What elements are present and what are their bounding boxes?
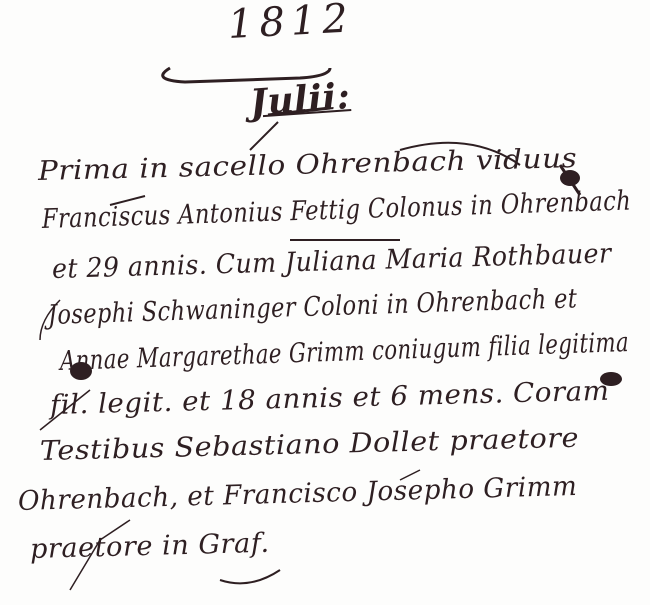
text-line-9: praetore in Graf. xyxy=(30,528,270,565)
register-page: 1812 Julii: Prima in sacello Ohrenbach v… xyxy=(0,0,650,605)
entry-month: Julii: xyxy=(249,75,352,124)
entry-year: 1812 xyxy=(227,0,355,48)
